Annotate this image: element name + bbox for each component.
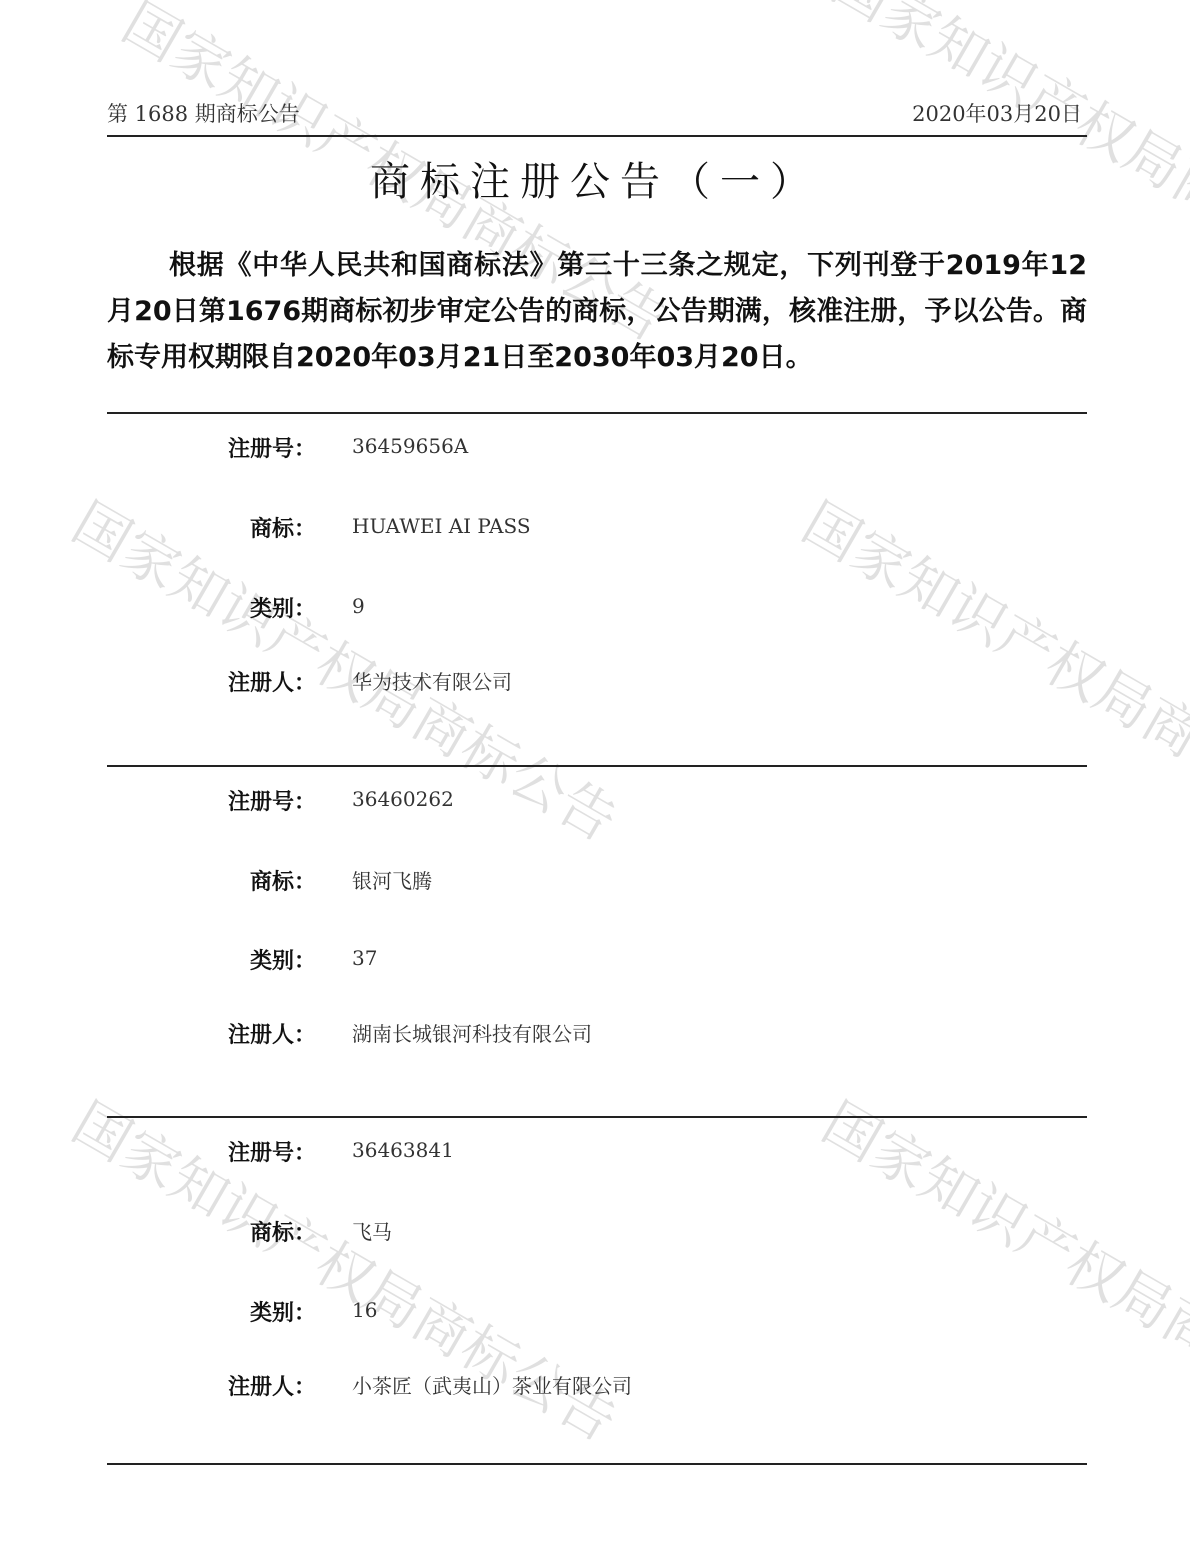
class-label: 类别： (0, 592, 316, 623)
registrant-label: 注册人： (0, 1370, 316, 1401)
reg-no-value: 36463841 (352, 1138, 454, 1162)
mark-label: 商标： (0, 865, 316, 896)
registrant-value: 华为技术有限公司 (352, 666, 512, 695)
class-label: 类别： (0, 944, 316, 975)
mark-label: 商标： (0, 1216, 316, 1247)
reg-no-label: 注册号： (0, 432, 316, 463)
page-title: 商标注册公告（一） (0, 150, 1190, 207)
registrant-value: 小茶匠（武夷山）茶业有限公司 (352, 1370, 632, 1399)
reg-no-value: 36459656A (352, 434, 468, 458)
mark-value: 飞马 (352, 1216, 392, 1245)
divider (107, 765, 1087, 767)
header-rule (107, 135, 1087, 137)
issue-date: 2020年03月20日 (912, 98, 1082, 128)
reg-no-label: 注册号： (0, 1136, 316, 1167)
mark-value: HUAWEI AI PASS (352, 514, 531, 538)
mark-value: 银河飞腾 (352, 865, 432, 894)
class-value: 16 (352, 1298, 377, 1322)
registrant-value: 湖南长城银河科技有限公司 (352, 1018, 592, 1047)
class-value: 37 (352, 946, 377, 970)
issue-number: 第 1688 期商标公告 (107, 98, 300, 128)
reg-no-value: 36460262 (352, 787, 454, 811)
watermark: 国家知识产权局商标公告 (810, 1080, 1190, 1457)
divider (107, 412, 1087, 414)
divider (107, 1116, 1087, 1118)
reg-no-label: 注册号： (0, 785, 316, 816)
class-value: 9 (352, 594, 365, 618)
intro-paragraph: 根据《中华人民共和国商标法》第三十三条之规定，下列刊登于2019年12月20日第… (107, 243, 1087, 381)
divider (107, 1463, 1087, 1465)
watermark: 国家知识产权局商标公告 (790, 480, 1190, 857)
mark-label: 商标： (0, 512, 316, 543)
class-label: 类别： (0, 1296, 316, 1327)
registrant-label: 注册人： (0, 666, 316, 697)
registrant-label: 注册人： (0, 1018, 316, 1049)
